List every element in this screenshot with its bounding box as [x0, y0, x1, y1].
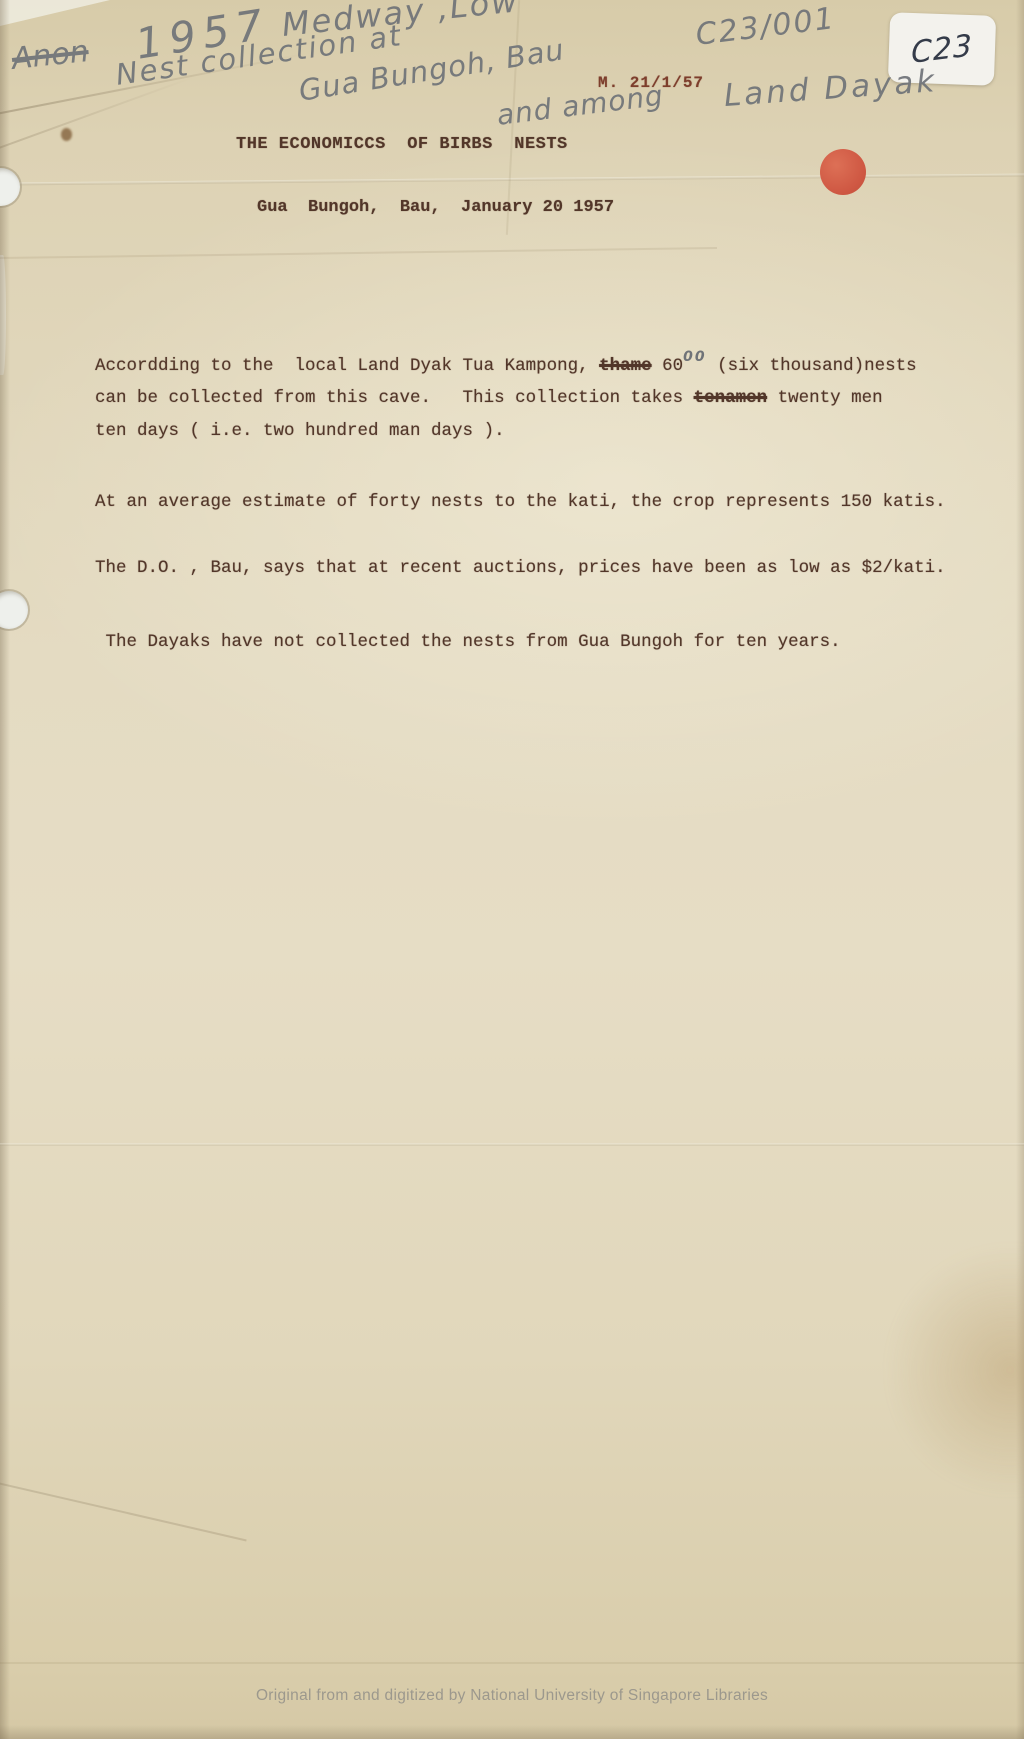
paragraph3: The D.O. , Bau, says that at recent auct…	[95, 556, 946, 580]
p1-l2-tail: twenty men	[767, 388, 883, 408]
hole-punch	[0, 591, 28, 629]
p1-l2-text: can be collected from this cave. This co…	[95, 388, 694, 408]
crease-line	[0, 247, 717, 259]
handwritten-superscript-correction: 00	[683, 345, 706, 369]
paper-edge-shadow	[0, 0, 10, 1739]
p1-l1-text: Accordding to the local Land Dyak Tua Ka…	[95, 356, 599, 376]
paper-stain	[890, 1240, 1024, 1500]
crease-line	[0, 76, 194, 150]
crease-line	[0, 1477, 247, 1542]
p1-l1-tail: (six thousand)nests	[707, 356, 917, 376]
minute-date-stamp: M. 21/1/57	[598, 74, 704, 92]
document-scan: C23 Anon 1957 Medway ,Low C23/001 Nest c…	[0, 0, 1024, 1739]
hole-punch	[0, 168, 20, 206]
ink-speck	[61, 128, 72, 141]
crease-line	[0, 1662, 1024, 1664]
scan-edge-sliver	[0, 0, 110, 26]
handwritten-struck-word: Anon	[10, 34, 90, 77]
p1-l2-struck-word: tenamen	[694, 388, 768, 408]
paper-edge-shadow	[0, 1725, 1024, 1739]
crease-line	[0, 174, 1024, 186]
paragraph1-line3: ten days ( i.e. two hundred man days ).	[95, 419, 505, 443]
crease-line	[0, 1143, 1024, 1146]
paragraph2: At an average estimate of forty nests to…	[95, 490, 946, 514]
paragraph1-line1: Accordding to the local Land Dyak Tua Ka…	[95, 354, 917, 378]
handwritten-subject-line4: Land Dayak	[723, 63, 939, 114]
paragraph4: The Dayaks have not collected the nests …	[95, 630, 841, 654]
red-dot-sticker	[820, 149, 866, 195]
digitization-credit: Original from and digitized by National …	[0, 1687, 1024, 1705]
handwritten-file-reference: C23/001	[694, 1, 838, 53]
document-dateline: Gua Bungoh, Bau, January 20 1957	[257, 198, 614, 217]
p1-l1-number: 60	[652, 356, 684, 376]
p1-l1-struck-word: thame	[599, 356, 652, 376]
document-title: THE ECONOMICCS OF BIRBS NESTS	[236, 135, 568, 154]
paragraph1-line2: can be collected from this cave. This co…	[95, 386, 883, 410]
